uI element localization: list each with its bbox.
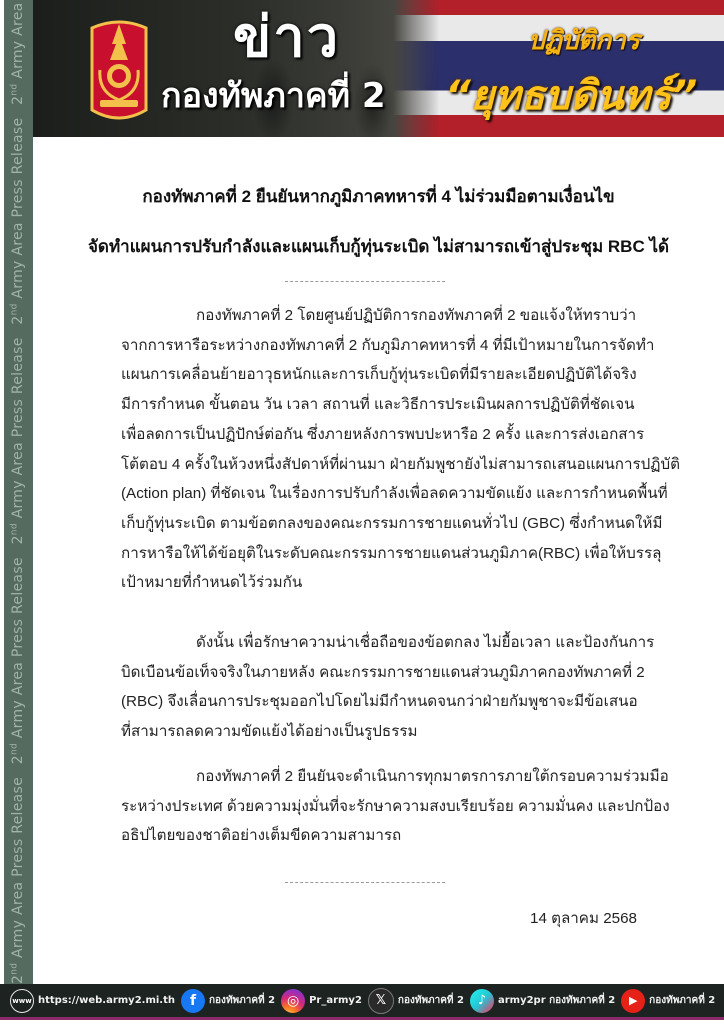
tiktok-link[interactable]: ♪ army2pr กองทัพภาคที่ 2 <box>470 989 615 1013</box>
headline-line-1: กองทัพภาคที่ 2 ยืนยันหากภูมิภาคทหารที่ 4… <box>33 183 724 210</box>
paragraph-3: กองทัพภาคที่ 2 ยืนยันจะดำเนินการทุกมาตรก… <box>121 762 696 851</box>
paragraph-line: ระหว่างประเทศ ด้วยความมุ่งมั่นที่จะรักษา… <box>121 792 696 822</box>
paragraph-line: ดังนั้น เพื่อรักษาความน่าเชื่อถือของข้อต… <box>121 628 696 658</box>
website-link[interactable]: www https://web.army2.mi.th <box>10 989 175 1013</box>
separator-bottom <box>285 882 445 883</box>
release-date: 14 ตุลาคม 2568 <box>530 906 637 930</box>
paragraph-line: เก็บกู้ทุ่นระเบิด ตามข้อตกลงของคณะกรรมกา… <box>121 509 696 539</box>
x-twitter-link-label: กองทัพภาคที่ 2 <box>398 993 464 1008</box>
paragraph-line: เป้าหมายที่กำหนดไว้ร่วมกัน <box>121 568 696 598</box>
paragraph-line: จากการหารือระหว่างกองทัพภาคที่ 2 กับภูมิ… <box>121 331 696 361</box>
paragraph-line: บิดเบือนข้อเท็จจริงในภายหลัง คณะกรรมการช… <box>121 658 696 688</box>
paragraph-line: การหารือให้ได้ข้อยุติในระดับคณะกรรมการชา… <box>121 539 696 569</box>
facebook-link-label: กองทัพภาคที่ 2 <box>209 993 275 1008</box>
youtube-icon: ▶ <box>621 989 645 1013</box>
press-release-sidebar: 2nd Army Area Press Release 2nd Army Are… <box>4 0 33 984</box>
operation-name: “ยุทธบดินทร์” <box>445 66 697 126</box>
website-link-label: https://web.army2.mi.th <box>38 995 175 1006</box>
paragraph-line: (Action plan) ที่ชัดเจน ในเรื่องการปรับก… <box>121 479 696 509</box>
paragraph-line: เพื่อลดการเป็นปฏิปักษ์ต่อกัน ซึ่งภายหลัง… <box>121 420 696 450</box>
youtube-link-label: กองทัพภาคที่ 2 <box>649 993 715 1008</box>
globe-www-icon: www <box>10 989 34 1013</box>
instagram-link-label: Pr_army2 <box>309 995 362 1006</box>
paragraph-1: กองทัพภาคที่ 2 โดยศูนย์ปฏิบัติการกองทัพภ… <box>121 301 696 598</box>
facebook-link[interactable]: f กองทัพภาคที่ 2 <box>181 989 275 1013</box>
paragraph-2: ดังนั้น เพื่อรักษาความน่าเชื่อถือของข้อต… <box>121 628 696 747</box>
paragraph-line: ที่สามารถลดความขัดแย้งได้อย่างเป็นรูปธรร… <box>121 717 696 747</box>
separator-top <box>285 281 445 282</box>
banner-title-army-area: กองทัพภาคที่ 2 <box>161 66 386 126</box>
banner-title-news: ข่าว <box>233 2 340 74</box>
paragraph-line: กองทัพภาคที่ 2 โดยศูนย์ปฏิบัติการกองทัพภ… <box>121 301 696 331</box>
facebook-icon: f <box>181 989 205 1013</box>
paragraph-line: กองทัพภาคที่ 2 ยืนยันจะดำเนินการทุกมาตรก… <box>121 762 696 792</box>
paragraph-line: อธิปไตยของชาติอย่างเต็มขีดความสามารถ <box>121 821 696 851</box>
youtube-link[interactable]: ▶ กองทัพภาคที่ 2 <box>621 989 715 1013</box>
tiktok-link-label: army2pr กองทัพภาคที่ 2 <box>498 993 615 1008</box>
paragraph-line: มีการกำหนด ขั้นตอน วัน เวลา สถานที่ และว… <box>121 390 696 420</box>
instagram-link[interactable]: ◎ Pr_army2 <box>281 989 362 1013</box>
header-banner: ข่าว กองทัพภาคที่ 2 ปฏิบัติการ “ยุทธบดิน… <box>33 0 724 137</box>
x-twitter-icon: 𝕏 <box>368 988 394 1014</box>
paragraph-line: (RBC) จึงเลื่อนการประชุมออกไปโดยไม่มีกำห… <box>121 687 696 717</box>
headline-line-2: จัดทำแผนการปรับกำลังและแผนเก็บกู้ทุ่นระเ… <box>33 233 724 260</box>
press-release-document: กองทัพภาคที่ 2 ยืนยันหากภูมิภาคทหารที่ 4… <box>33 137 724 984</box>
instagram-icon: ◎ <box>281 989 305 1013</box>
army-emblem-icon <box>88 14 150 126</box>
paragraph-line: แผนการเคลื่อนย้ายอาวุธหนักและการเก็บกู้ท… <box>121 360 696 390</box>
social-links-footer: www https://web.army2.mi.th f กองทัพภาคท… <box>0 984 724 1020</box>
tiktok-icon: ♪ <box>470 989 494 1013</box>
x-twitter-link[interactable]: 𝕏 กองทัพภาคที่ 2 <box>368 988 464 1014</box>
operation-label: ปฏิบัติการ <box>528 20 640 61</box>
paragraph-line: โต้ตอบ 4 ครั้งในห้วงหนึ่งสัปดาห์ที่ผ่านม… <box>121 450 696 480</box>
sidebar-repeating-label: 2nd Army Area Press Release 2nd Army Are… <box>4 0 33 984</box>
